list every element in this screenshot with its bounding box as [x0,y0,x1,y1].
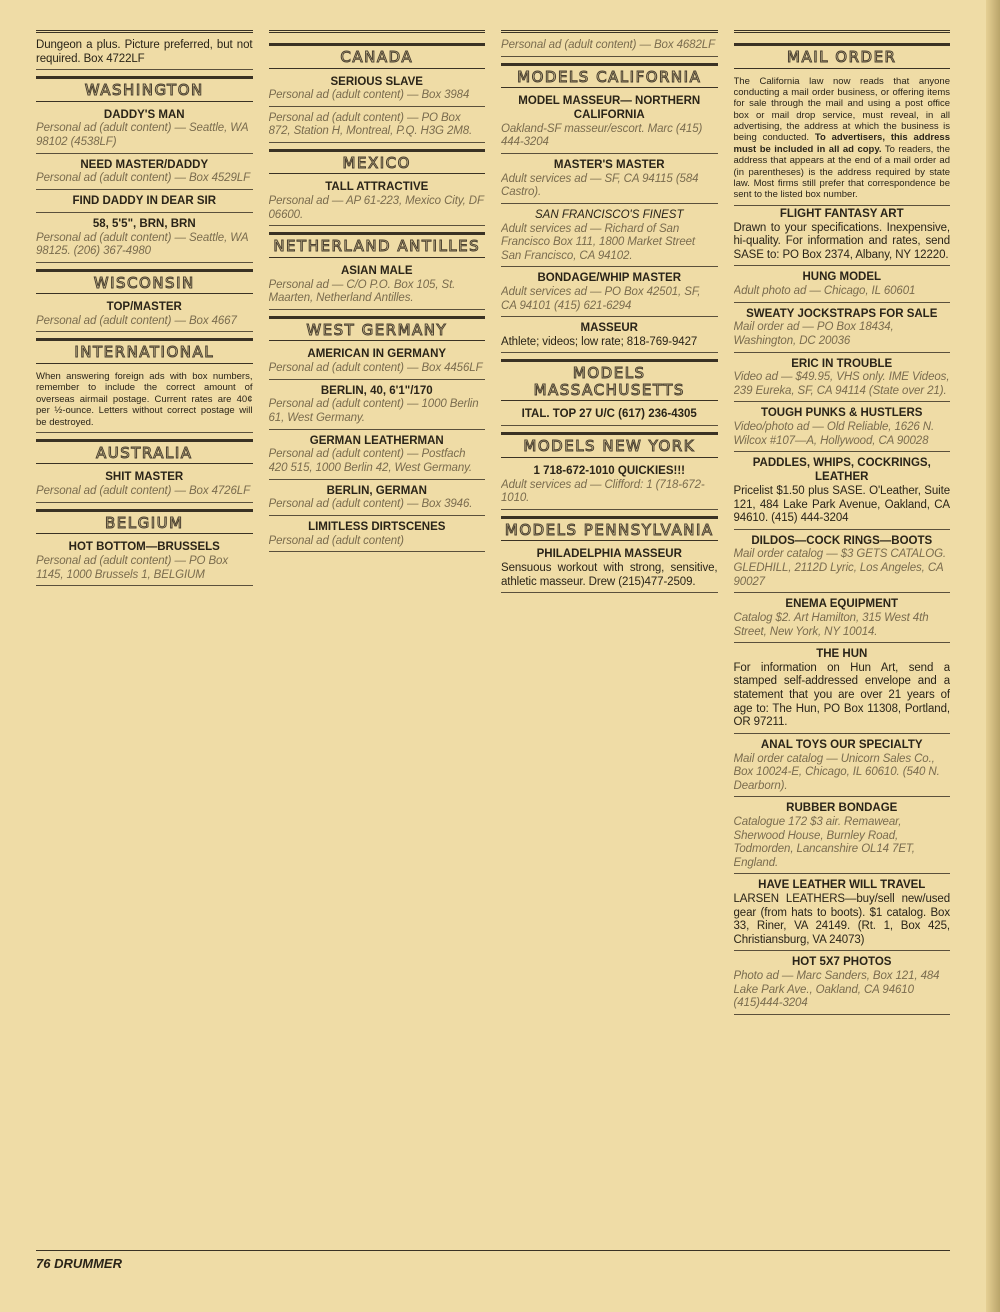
ad-body: Adult services ad — Richard of San Franc… [501,223,718,264]
classified-ad: MODEL MASSEUR— NORTHERN CALIFORNIAOaklan… [501,93,718,154]
ad-title: HUNG MODEL [734,271,951,285]
ad-title: LIMITLESS DIRTSCENES [269,521,486,535]
ad-title: HOT 5x7 PHOTOS [734,956,951,970]
classified-ad: HOT 5x7 PHOTOSPhoto ad — Marc Sanders, B… [734,954,951,1014]
classified-ad: DILDOS—COCK RINGS—BOOTSMail order catalo… [734,533,951,593]
page-number: 76 [36,1256,50,1271]
classified-ad: DADDY'S MANPersonal ad (adult content) —… [36,107,253,154]
ad-body: Catalogue 172 $3 air. Remawear, Sherwood… [734,816,951,870]
ad-title: ERIC IN TROUBLE [734,358,951,372]
section-heading: CANADA [269,43,486,69]
classified-ad: SHIT MASTERPersonal ad (adult content) —… [36,469,253,502]
ad-title: ITAL. TOP 27 U/C (617) 236-4305 [501,408,718,422]
classified-ad: Dungeon a plus. Picture preferred, but n… [36,37,253,70]
section-heading: WISCONSIN [36,269,253,295]
ad-body: Mail order catalog — $3 GETS CATALOG. GL… [734,548,951,589]
ad-title: THE HUN [734,648,951,662]
ad-title: TALL ATTRACTIVE [269,181,486,195]
section-heading: BELGIUM [36,509,253,535]
ad-body: Dungeon a plus. Picture preferred, but n… [36,39,253,66]
classified-ad: SWEATY JOCKSTRAPS FOR SALEMail order ad … [734,306,951,353]
classified-ad: SERIOUS SLAVEPersonal ad (adult content)… [269,74,486,107]
classified-ad: GERMAN LEATHERMANPersonal ad (adult cont… [269,433,486,480]
ad-body: Mail order ad — PO Box 18434, Washington… [734,321,951,348]
classified-ad: HUNG MODELAdult photo ad — Chicago, IL 6… [734,269,951,302]
classified-ad: HAVE LEATHER WILL TRAVELLARSEN LEATHERS—… [734,877,951,951]
classified-ad: TALL ATTRACTIVEPersonal ad — AP 61-223, … [269,179,486,226]
ad-body: Adult services ad — Clifford: 1 (718-672… [501,479,718,506]
publication-name: DRUMMER [54,1256,122,1271]
ad-body: Catalog $2. Art Hamilton, 315 West 4th S… [734,612,951,639]
classified-ad: Personal ad (adult content) — Box 4682LF [501,37,718,57]
ad-title: BONDAGE/WHIP MASTER [501,272,718,286]
ad-title: SHIT MASTER [36,471,253,485]
ad-title: ENEMA EQUIPMENT [734,598,951,612]
section-heading: MODELS PENNSYLVANIA [501,516,718,542]
ad-title: MASTER'S MASTER [501,159,718,173]
ad-body: Personal ad (adult content) — PO Box 872… [269,112,486,139]
classified-ad: ENEMA EQUIPMENTCatalog $2. Art Hamilton,… [734,596,951,643]
section-heading: MODELS CALIFORNIA [501,63,718,89]
ad-title: BERLIN, GERMAN [269,485,486,499]
ad-body: Personal ad (adult content) — Box 3946. [269,498,486,512]
classified-ad: ASIAN MALEPersonal ad — C/O P.O. Box 105… [269,263,486,310]
ad-body: Personal ad (adult content) — Box 4682LF [501,39,718,53]
ad-title: SWEATY JOCKSTRAPS FOR SALE [734,308,951,322]
classified-ad: ITAL. TOP 27 U/C (617) 236-4305 [501,406,718,426]
ad-title: PADDLES, WHIPS, COCKRINGS, LEATHER [734,457,951,485]
section-heading: NETHERLAND ANTILLES [269,232,486,258]
classified-ad: HOT BOTTOM—BRUSSELSPersonal ad (adult co… [36,539,253,586]
ad-body: Personal ad (adult content) — Seattle, W… [36,122,253,149]
column-4: MAIL ORDERThe California law now reads t… [734,30,951,1245]
ad-title: MASSEUR [501,322,718,336]
section-heading: MODELS NEW YORK [501,432,718,458]
classified-ad: BERLIN, GERMANPersonal ad (adult content… [269,483,486,516]
ad-title: PHILADELPHIA MASSEUR [501,548,718,562]
ad-body: Personal ad (adult content) — Seattle, W… [36,232,253,259]
column-1: Dungeon a plus. Picture preferred, but n… [36,30,253,1245]
page-footer: 76 DRUMMER [36,1256,122,1271]
classified-ad: TOUGH PUNKS & HUSTLERSVideo/photo ad — O… [734,405,951,452]
section-heading: INTERNATIONAL [36,338,253,364]
classified-ad: AMERICAN IN GERMANYPersonal ad (adult co… [269,346,486,379]
ad-title: ASIAN MALE [269,265,486,279]
ad-title: GERMAN LEATHERMAN [269,435,486,449]
ad-body: Personal ad (adult content) — Box 4726LF [36,485,253,499]
ad-body: Drawn to your specifications. Inexpensiv… [734,222,951,263]
ad-body: Personal ad (adult content) — Box 4456LF [269,362,486,376]
ad-body: Personal ad (adult content) — PO Box 114… [36,555,253,582]
ad-body: Personal ad (adult content) [269,535,486,549]
classified-ad: MASTER'S MASTERAdult services ad — SF, C… [501,157,718,204]
classified-ad: PHILADELPHIA MASSEURSensuous workout wit… [501,546,718,593]
ad-title: HOT BOTTOM—BRUSSELS [36,541,253,555]
ad-body: Video ad — $49.95, VHS only. IME Videos,… [734,371,951,398]
magazine-page: Dungeon a plus. Picture preferred, but n… [0,0,1000,1312]
ad-title: FLIGHT FANTASY ART [734,208,951,222]
ad-title: DILDOS—COCK RINGS—BOOTS [734,535,951,549]
ad-body: Personal ad (adult content) — Box 4529LF [36,172,253,186]
classified-ad: THE HUNFor information on Hun Art, send … [734,646,951,734]
ad-body: Personal ad (adult content) — Box 3984 [269,89,486,103]
ad-title: 1 718-672-1010 QUICKIES!!! [501,465,718,479]
classified-ad: NEED MASTER/DADDYPersonal ad (adult cont… [36,157,253,190]
ad-body: Pricelist $1.50 plus SASE. O'Leather, Su… [734,485,951,526]
section-heading: MEXICO [269,149,486,175]
section-heading: WEST GERMANY [269,316,486,342]
ad-body: Personal ad — C/O P.O. Box 105, St. Maar… [269,279,486,306]
section-heading: WASHINGTON [36,76,253,102]
classified-ad: 1 718-672-1010 QUICKIES!!!Adult services… [501,463,718,510]
ad-title: TOUGH PUNKS & HUSTLERS [734,407,951,421]
classified-ad: Personal ad (adult content) — PO Box 872… [269,110,486,143]
section-heading: AUSTRALIA [36,439,253,465]
ad-title: TOP/MASTER [36,301,253,315]
ad-body: Video/photo ad — Old Reliable, 1626 N. W… [734,421,951,448]
classified-ad: TOP/MASTERPersonal ad (adult content) — … [36,299,253,332]
section-heading: MAIL ORDER [734,43,951,69]
footer-rule [36,1250,950,1251]
ad-title: ANAL TOYS OUR SPECIALTY [734,739,951,753]
ad-body: Mail order catalog — Unicorn Sales Co., … [734,753,951,794]
ad-body: LARSEN LEATHERS—buy/sell new/used gear (… [734,893,951,947]
ad-title: MODEL MASSEUR— NORTHERN CALIFORNIA [501,95,718,123]
ad-body: Adult photo ad — Chicago, IL 60601 [734,285,951,299]
ad-title: 58, 5'5", BRN, BRN [36,218,253,232]
classified-ad: FIND DADDY IN DEAR SIR [36,193,253,213]
ad-title: HAVE LEATHER WILL TRAVEL [734,879,951,893]
classified-ad: ANAL TOYS OUR SPECIALTYMail order catalo… [734,737,951,797]
classified-ad: FLIGHT FANTASY ARTDrawn to your specific… [734,206,951,266]
classified-ad: BONDAGE/WHIP MASTERAdult services ad — P… [501,270,718,317]
section-heading: MODELS MASSACHUSETTS [501,359,718,401]
notice-text: When answering foreign ads with box numb… [36,369,253,433]
ad-body: Photo ad — Marc Sanders, Box 121, 484 La… [734,970,951,1011]
ad-title: SERIOUS SLAVE [269,76,486,90]
ad-columns: Dungeon a plus. Picture preferred, but n… [36,30,950,1245]
ad-body: For information on Hun Art, send a stamp… [734,662,951,730]
ad-body: Personal ad — AP 61-223, Mexico City, DF… [269,195,486,222]
classified-ad: 58, 5'5", BRN, BRNPersonal ad (adult con… [36,216,253,263]
ad-title: BERLIN, 40, 6'1"/170 [269,385,486,399]
ad-title: FIND DADDY IN DEAR SIR [36,195,253,209]
ad-title: RUBBER BONDAGE [734,802,951,816]
classified-ad: ERIC IN TROUBLEVideo ad — $49.95, VHS on… [734,356,951,403]
ad-title: AMERICAN IN GERMANY [269,348,486,362]
column-3: Personal ad (adult content) — Box 4682LF… [501,30,718,1245]
classified-ad: RUBBER BONDAGECatalogue 172 $3 air. Rema… [734,800,951,874]
column-2: CANADASERIOUS SLAVEPersonal ad (adult co… [269,30,486,1245]
classified-ad: SAN FRANCISCO'S FINESTAdult services ad … [501,207,718,267]
ad-body: Sensuous workout with strong, sensitive,… [501,562,718,589]
ad-body: Adult services ad — PO Box 42501, SF, CA… [501,286,718,313]
classified-ad: MASSEURAthlete; videos; low rate; 818-76… [501,320,718,353]
classified-ad: LIMITLESS DIRTSCENESPersonal ad (adult c… [269,519,486,552]
ad-title: SAN FRANCISCO'S FINEST [501,209,718,223]
ad-body: Personal ad (adult content) — Postfach 4… [269,448,486,475]
ad-title: NEED MASTER/DADDY [36,159,253,173]
ad-body: Personal ad (adult content) — Box 4667 [36,315,253,329]
ad-body: Oakland-SF masseur/escort. Marc (415) 44… [501,123,718,150]
notice-text: The California law now reads that anyone… [734,74,951,206]
ad-body: Adult services ad — SF, CA 94115 (584 Ca… [501,173,718,200]
classified-ad: PADDLES, WHIPS, COCKRINGS, LEATHERPricel… [734,455,951,529]
ad-body: Personal ad (adult content) — 1000 Berli… [269,398,486,425]
classified-ad: BERLIN, 40, 6'1"/170Personal ad (adult c… [269,383,486,430]
ad-body: Athlete; videos; low rate; 818-769-9427 [501,336,718,350]
ad-title: DADDY'S MAN [36,109,253,123]
